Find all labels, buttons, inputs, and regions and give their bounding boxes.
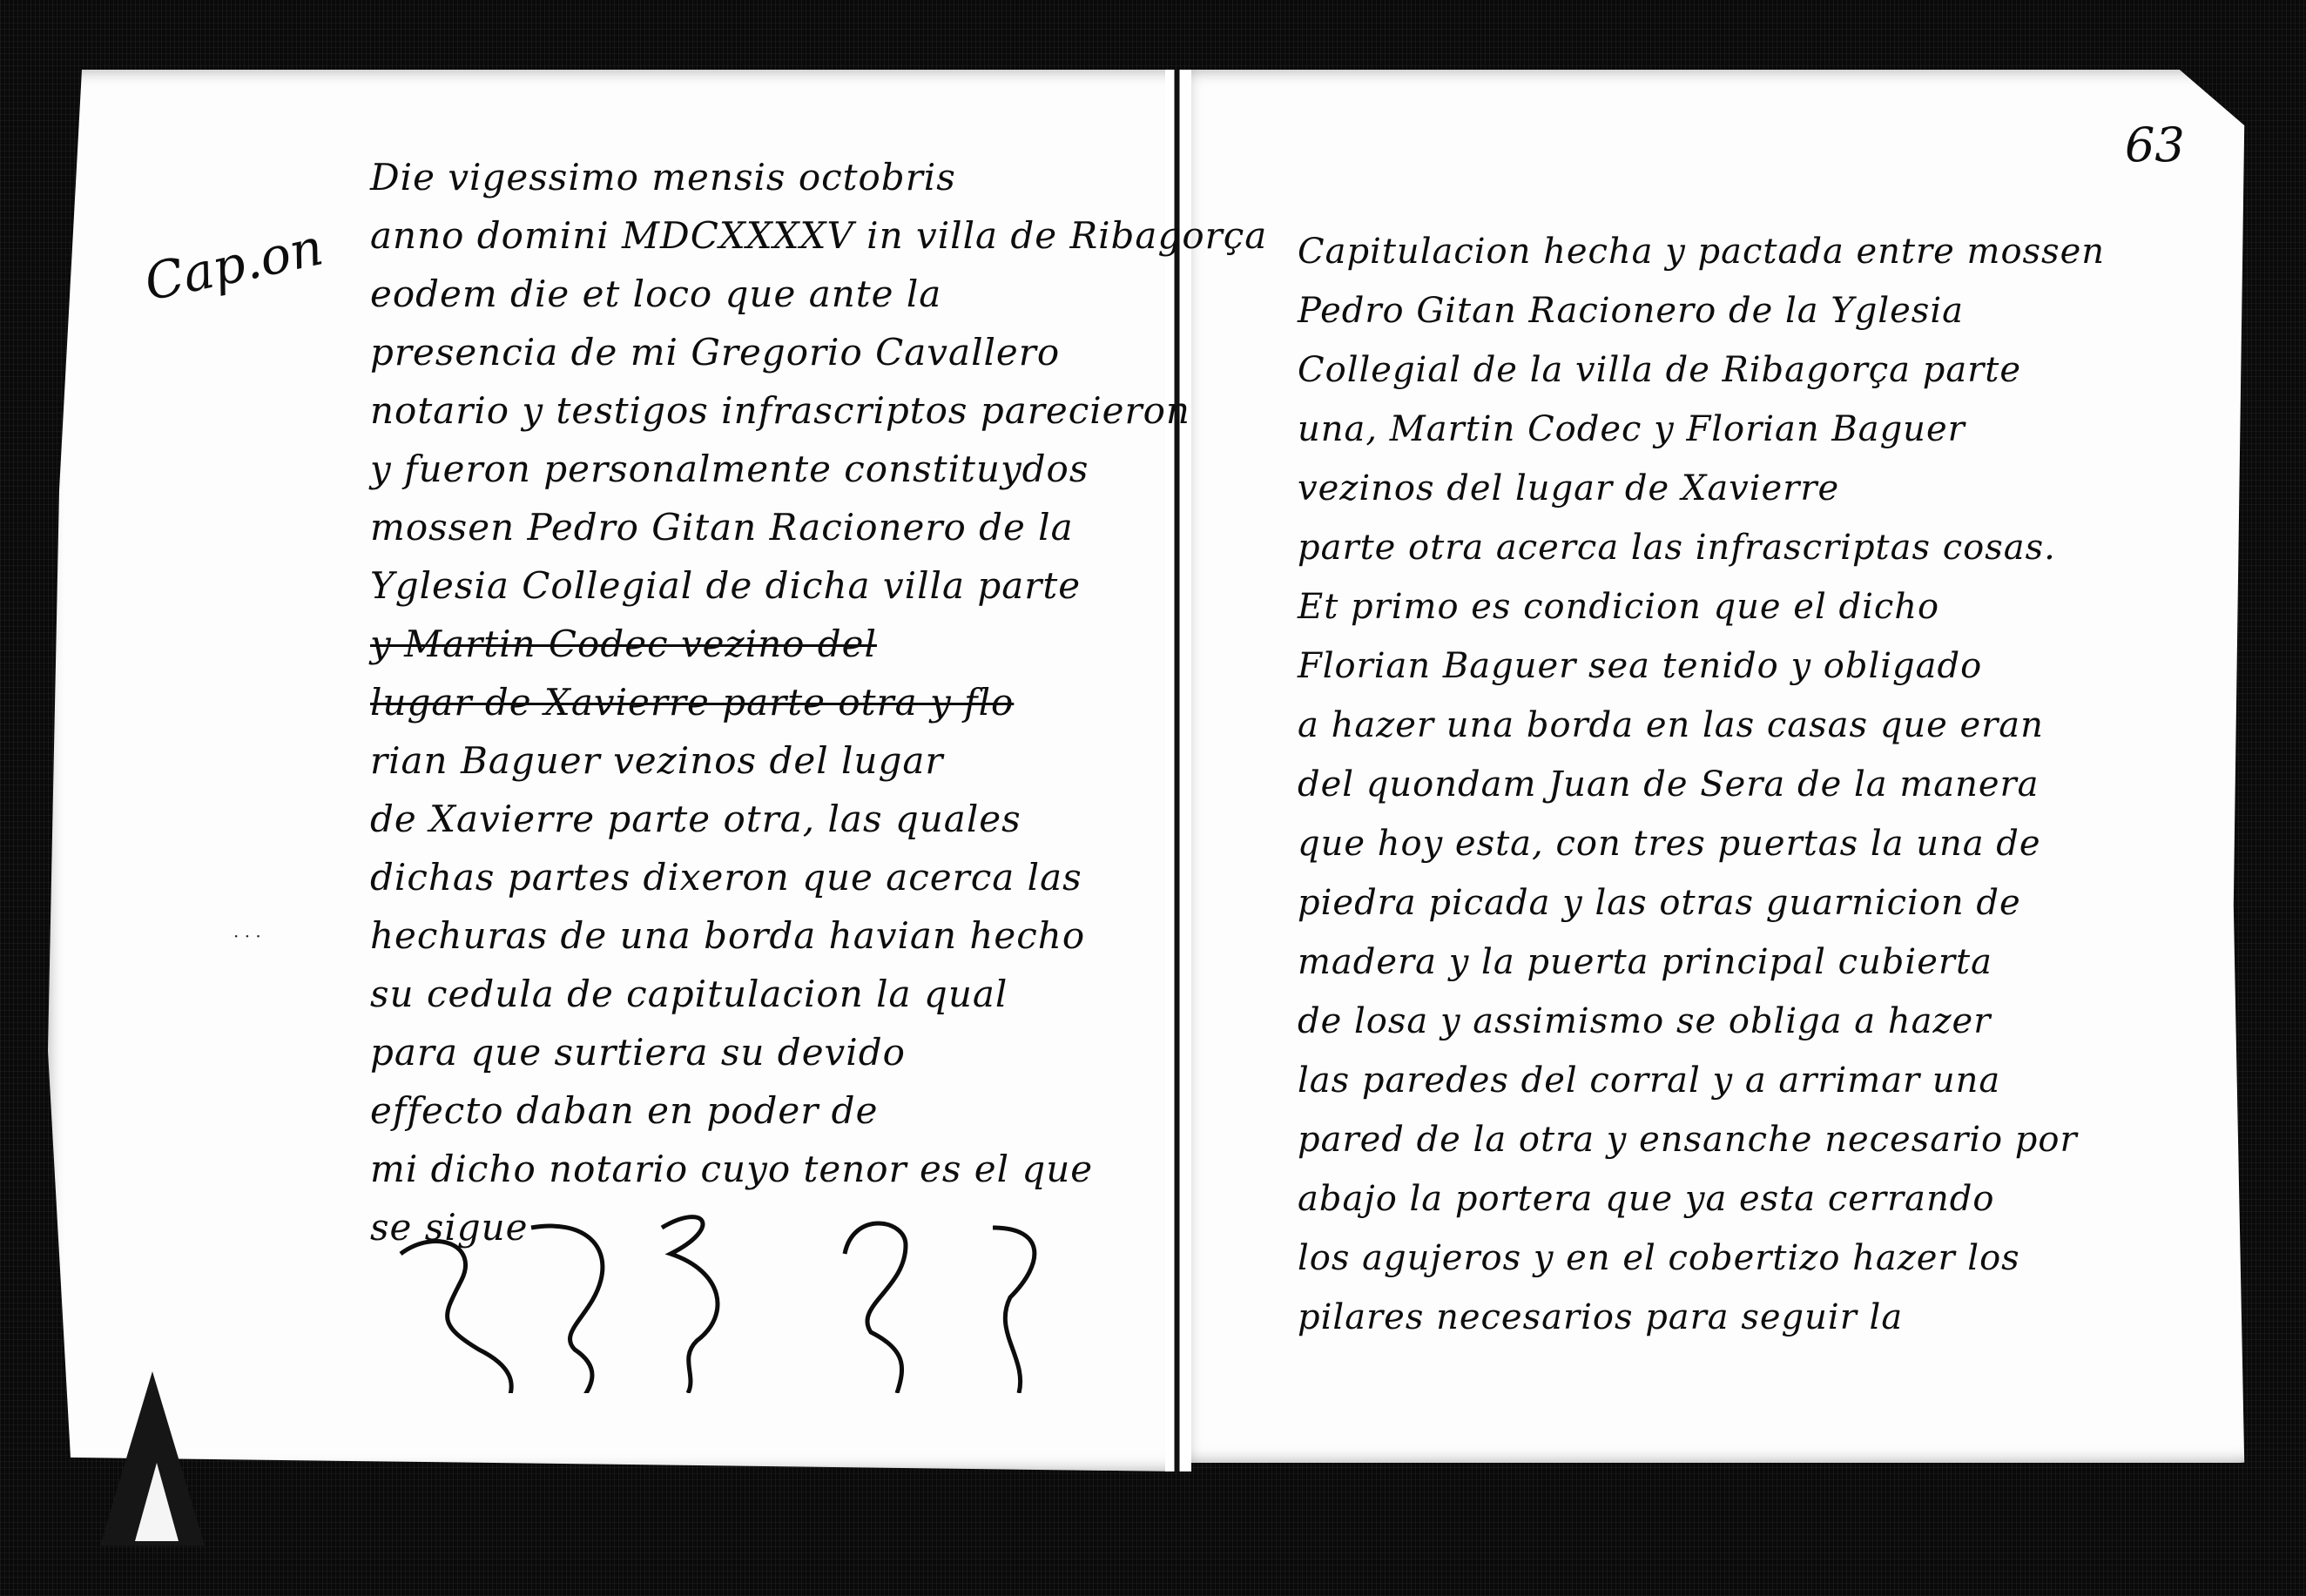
- text-line: notario y testigos infrascriptos parecie…: [370, 381, 1267, 440]
- text-line: piedra picada y las otras guarnicion de: [1298, 873, 2105, 933]
- text-line: para que surtiera su devido: [370, 1023, 1267, 1081]
- text-line-struck: lugar de Xavierre parte otra y flo: [370, 673, 1267, 731]
- text-line: rian Baguer vezinos del lugar: [370, 731, 1267, 790]
- text-line: del quondam Juan de Sera de la manera: [1298, 755, 2105, 814]
- text-line: pilares necesarios para seguir la: [1298, 1288, 2105, 1347]
- folio-number: 63: [2125, 118, 2185, 172]
- text-line: que hoy esta, con tres puertas la una de: [1298, 814, 2105, 873]
- text-line: Collegial de la villa de Ribagorça parte: [1298, 340, 2105, 400]
- text-line: y fueron personalmente constituydos: [370, 440, 1267, 498]
- text-line: presencia de mi Gregorio Cavallero: [370, 323, 1267, 381]
- text-line: Et primo es condicion que el dicho: [1298, 577, 2105, 636]
- text-line: Die vigessimo mensis octobris: [370, 148, 1267, 206]
- line-fill-flourish-icon: [383, 1193, 1150, 1393]
- text-line: pared de la otra y ensanche necesario po…: [1298, 1110, 2105, 1169]
- text-line: de losa y assimismo se obliga a hazer: [1298, 992, 2105, 1051]
- text-line: mi dicho notario cuyo tenor es el que: [370, 1140, 1267, 1198]
- text-line: abajo la portera que ya esta cerrando: [1298, 1169, 2105, 1229]
- text-line: Pedro Gitan Racionero de la Yglesia: [1298, 281, 2105, 340]
- text-line: effecto daban en poder de: [370, 1081, 1267, 1140]
- text-line: a hazer una borda en las casas que eran: [1298, 696, 2105, 755]
- text-line: madera y la puerta principal cubierta: [1298, 933, 2105, 992]
- text-line: anno domini MDCXXXXV in villa de Ribagor…: [370, 206, 1267, 265]
- text-line: los agujeros y en el cobertizo hazer los: [1298, 1229, 2105, 1288]
- right-page-text: Capitulacion hecha y pactada entre mosse…: [1298, 222, 2105, 1347]
- text-line: las paredes del corral y a arrimar una: [1298, 1051, 2105, 1110]
- text-line: Florian Baguer sea tenido y obligado: [1298, 636, 2105, 696]
- text-line: vezinos del lugar de Xavierre: [1298, 459, 2105, 518]
- left-page-text: Die vigessimo mensis octobris anno domin…: [370, 148, 1267, 1256]
- ribbon-bookmark-gap: [135, 1463, 179, 1541]
- text-line: mossen Pedro Gitan Racionero de la: [370, 498, 1267, 556]
- text-line: hechuras de una borda havian hecho: [370, 906, 1267, 965]
- text-line: dichas partes dixeron que acerca las: [370, 848, 1267, 906]
- text-line: parte otra acerca las infrascriptas cosa…: [1298, 518, 2105, 577]
- text-line: una, Martin Codec y Florian Baguer: [1298, 400, 2105, 459]
- text-line: Yglesia Collegial de dicha villa parte: [370, 556, 1267, 615]
- stray-ink-mark: · · ·: [233, 926, 261, 946]
- text-line: Capitulacion hecha y pactada entre mosse…: [1298, 222, 2105, 281]
- text-line: eodem die et loco que ante la: [370, 265, 1267, 323]
- text-line-struck: y Martin Codec vezino del: [370, 615, 1267, 673]
- text-line: su cedula de capitulacion la qual: [370, 965, 1267, 1023]
- text-line: de Xavierre parte otra, las quales: [370, 790, 1267, 848]
